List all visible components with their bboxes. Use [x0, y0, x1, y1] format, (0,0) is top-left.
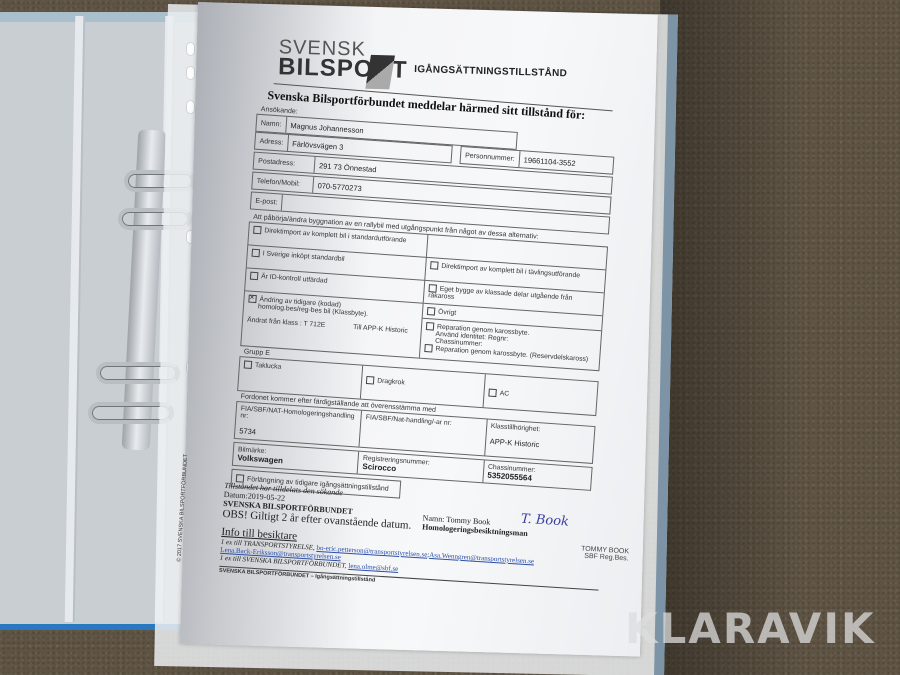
group-e-ac: AC	[484, 374, 598, 415]
to-class: Till APP-K Historic	[353, 324, 408, 335]
sbf-logo: SVENSK BILSPORT	[278, 38, 408, 82]
group-e-towbar: Dragkrok	[361, 366, 486, 408]
reg-cell: Registreringsnummer:Scirocco	[358, 452, 485, 483]
checkbox-icon	[250, 272, 259, 281]
personnummer-value: 19661104-3552	[519, 151, 580, 171]
checkbox-icon	[430, 261, 439, 270]
checkbox-icon	[427, 307, 436, 316]
chassis-value: 5352055564	[487, 471, 532, 483]
checkbox-icon	[488, 389, 497, 398]
checkbox-icon	[251, 249, 260, 258]
option-class-change: Ändring av tidigare (kodad) homolog.bes/…	[241, 290, 423, 357]
ground-shadow	[660, 0, 900, 675]
email-value	[282, 195, 291, 212]
signature: T. Book	[520, 512, 569, 530]
address-value: Färlövsvägen 3	[288, 135, 348, 155]
checkbox-icon	[366, 376, 375, 385]
homologation-cell: FIA/SBF/NAT-Homologeringshandling nr:573…	[235, 402, 363, 447]
checkbox-icon	[244, 360, 253, 369]
name-label: Namn:	[256, 115, 287, 133]
class-cell: Klasstillhörighet:APP-K Historic	[485, 420, 595, 463]
class-value: APP-K Historic	[489, 437, 539, 449]
email-label: E-post:	[251, 193, 283, 211]
checkbox-icon	[424, 344, 433, 353]
group-e-sunroof: Taklucka	[238, 357, 363, 399]
applicant-form: Ansökande: Namn: Magnus Johannesson Adre…	[230, 104, 616, 512]
address-label: Adress:	[255, 133, 289, 151]
inspector-stamp: TOMMY BOOK SBF Reg.Bes.	[580, 545, 629, 562]
homologation-value: 5734	[239, 426, 256, 436]
postal-label: Postadress:	[254, 153, 316, 173]
checked-checkbox-icon	[248, 295, 257, 304]
checkbox-icon	[428, 284, 437, 293]
phone-value: 070-5770273	[313, 177, 366, 197]
postal-value: 291 73 Önnestad	[314, 157, 381, 178]
chassis-cell: Chassinummer:5352055564	[483, 460, 592, 489]
make-value: Volkswagen	[237, 453, 283, 465]
nat-cell: FIA/SBF/Nat-handling/-ar nr:	[360, 411, 488, 456]
permit-document: SVENSK BILSPORT IGÅNGSÄTTNINGSTILLSTÅND …	[180, 2, 658, 657]
from-class: Ändrat från klass : T 712E	[247, 317, 326, 329]
make-cell: Bilmärke:Volkswagen	[233, 443, 360, 474]
personnummer-label: Personnummer:	[461, 147, 521, 167]
logo-mark-icon	[365, 55, 395, 90]
reg-value: Scirocco	[362, 462, 396, 473]
klaravik-watermark: KLARAVIK	[625, 604, 876, 653]
phone-label: Telefon/Mobil:	[252, 173, 314, 193]
checkbox-icon	[253, 226, 262, 235]
form-title: IGÅNGSÄTTNINGSTILLSTÅND	[414, 64, 567, 79]
option-group-right: Övrigt Reparation genom karossbyte. Anvä…	[420, 303, 602, 370]
checkbox-icon	[426, 322, 435, 331]
